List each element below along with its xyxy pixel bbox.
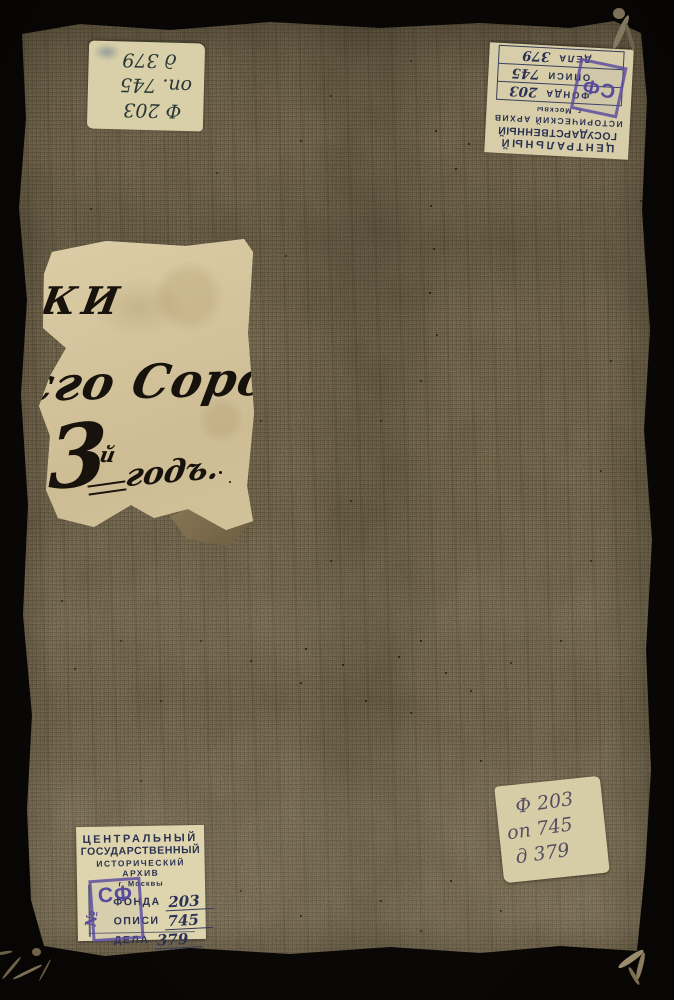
numero-sign: №: [82, 908, 102, 928]
stamp-row-value: 379: [522, 47, 551, 63]
sf-stamp: СФ №: [88, 877, 144, 942]
title-line-2: сго Сорока: [20, 350, 340, 413]
thread-tuft-top-right: [600, 6, 646, 64]
weave-holes: [0, 0, 2, 2]
ink-dot: [219, 471, 222, 474]
ink-dot: [229, 481, 231, 483]
book-cover: КИ сго Сорока 3 й годъ. Ф 203 оп. 745 д …: [0, 0, 674, 1000]
title-year-suffix: й: [98, 442, 118, 467]
archive-org-line: ИСТОРИЧЕСКИЙ АРХИВ: [77, 857, 205, 879]
stamp-row-value: 203: [165, 892, 214, 911]
stamp-row-value: 203: [509, 82, 538, 98]
stamp-row-value: 379: [154, 930, 203, 949]
thread-tuft-bottom-right: [618, 940, 662, 988]
title-year-word: годъ.: [123, 450, 221, 495]
title-line-1: КИ: [38, 278, 128, 323]
stamp-row-value: 745: [511, 64, 540, 80]
note-fond: Ф 203: [87, 95, 182, 123]
stamp-row-value: 745: [164, 911, 213, 930]
thread-frays-bottom-left: [0, 938, 76, 996]
sf-stamp-text: СФ: [97, 882, 134, 908]
photo-scene: КИ сго Сорока 3 й годъ. Ф 203 оп. 745 д …: [0, 0, 674, 1000]
archive-org-line: ГОСУДАРСТВЕННЫЙ: [76, 844, 204, 858]
title-label: КИ сго Сорока 3 й годъ.: [36, 238, 254, 531]
top-left-archive-note: Ф 203 оп. 745 д 379: [87, 40, 205, 131]
note-opis: оп. 745: [88, 70, 193, 98]
bottom-right-archive-note: Ф 203 оп 745 д 379: [494, 776, 610, 884]
bottom-left-archive-stamp: ЦЕНТРАЛЬНЫЙ ГОСУДАРСТВЕННЫЙ ИСТОРИЧЕСКИЙ…: [76, 825, 206, 941]
